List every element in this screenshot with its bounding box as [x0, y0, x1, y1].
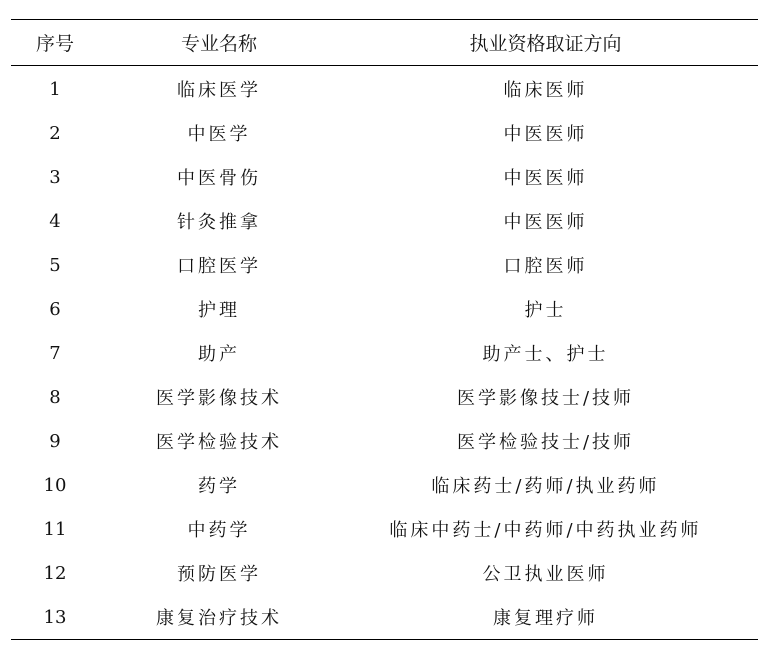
table-row: 10 药学 临床药士/药师/执业药师: [11, 463, 758, 507]
cell-major: 医学检验技术: [99, 428, 339, 454]
cell-index: 13: [11, 607, 99, 628]
cell-major: 预防医学: [99, 560, 339, 586]
cell-index: 5: [11, 255, 99, 276]
cell-qualification: 临床中药士/中药师/中药执业药师: [339, 516, 758, 542]
cell-index: 9: [11, 431, 99, 452]
cell-qualification: 中医医师: [339, 164, 758, 190]
cell-index: 12: [11, 563, 99, 584]
cell-major: 针灸推拿: [99, 208, 339, 234]
cell-qualification: 中医医师: [339, 208, 758, 234]
cell-qualification: 临床医师: [339, 76, 758, 102]
cell-index: 8: [11, 387, 99, 408]
cell-qualification: 医学影像技士/技师: [339, 384, 758, 410]
cell-qualification: 临床药士/药师/执业药师: [339, 472, 758, 498]
header-major: 专业名称: [99, 29, 339, 56]
cell-qualification: 助产士、护士: [339, 340, 758, 366]
cell-major: 医学影像技术: [99, 384, 339, 410]
table-row: 12 预防医学 公卫执业医师: [11, 551, 758, 595]
table-row: 6 护理 护士: [11, 287, 758, 331]
cell-index: 3: [11, 167, 99, 188]
cell-major: 中医骨伤: [99, 164, 339, 190]
cell-index: 11: [11, 519, 99, 540]
cell-major: 口腔医学: [99, 252, 339, 278]
table-row: 9 医学检验技术 医学检验技士/技师: [11, 419, 758, 463]
cell-major: 护理: [99, 296, 339, 322]
table-row: 3 中医骨伤 中医医师: [11, 155, 758, 199]
cell-index: 10: [11, 475, 99, 496]
table-row: 5 口腔医学 口腔医师: [11, 243, 758, 287]
cell-major: 康复治疗技术: [99, 604, 339, 630]
qualification-table: 序号 专业名称 执业资格取证方向 1 临床医学 临床医师 2 中医学 中医医师 …: [11, 19, 758, 640]
table-row: 8 医学影像技术 医学影像技士/技师: [11, 375, 758, 419]
header-qualification: 执业资格取证方向: [339, 29, 758, 56]
cell-qualification: 医学检验技士/技师: [339, 428, 758, 454]
cell-qualification: 康复理疗师: [339, 604, 758, 630]
cell-major: 中药学: [99, 516, 339, 542]
table-row: 4 针灸推拿 中医医师: [11, 199, 758, 243]
table-row: 2 中医学 中医医师: [11, 111, 758, 155]
cell-index: 1: [11, 79, 99, 100]
table-bottom-rule: [11, 639, 758, 640]
cell-major: 药学: [99, 472, 339, 498]
table-body: 1 临床医学 临床医师 2 中医学 中医医师 3 中医骨伤 中医医师 4 针灸推…: [11, 66, 758, 639]
cell-index: 2: [11, 123, 99, 144]
table-row: 7 助产 助产士、护士: [11, 331, 758, 375]
cell-qualification: 公卫执业医师: [339, 560, 758, 586]
table-header: 序号 专业名称 执业资格取证方向: [11, 20, 758, 65]
cell-qualification: 中医医师: [339, 120, 758, 146]
cell-qualification: 护士: [339, 296, 758, 322]
cell-major: 中医学: [99, 120, 339, 146]
table-row: 11 中药学 临床中药士/中药师/中药执业药师: [11, 507, 758, 551]
cell-major: 临床医学: [99, 76, 339, 102]
table-row: 1 临床医学 临床医师: [11, 67, 758, 111]
cell-index: 4: [11, 211, 99, 232]
cell-index: 7: [11, 343, 99, 364]
header-index: 序号: [11, 29, 99, 56]
cell-index: 6: [11, 299, 99, 320]
cell-qualification: 口腔医师: [339, 252, 758, 278]
table-row: 13 康复治疗技术 康复理疗师: [11, 595, 758, 639]
cell-major: 助产: [99, 340, 339, 366]
